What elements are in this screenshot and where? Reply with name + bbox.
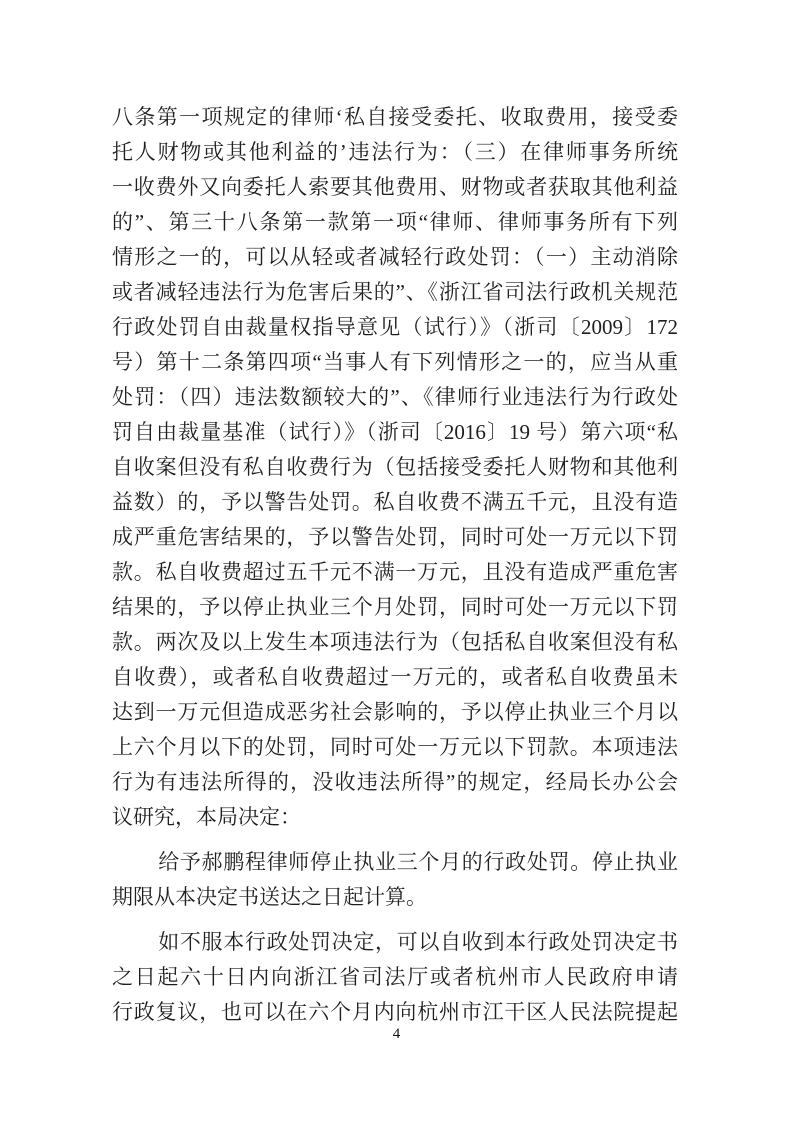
- document-body: 八条第一项规定的律师‘私自接受委托、收取费用，接受委托人财物或其他利益的’违法行…: [112, 100, 678, 1030]
- text-line: 号）第十二条第四项“当事人有下列情形之一的，应当从重: [112, 345, 678, 380]
- text-line: 或者减轻违法行为危害后果的”、《浙江省司法行政机关规范: [112, 275, 678, 310]
- text-line: 处罚：（四）违法数额较大的”、《律师行业违法行为行政处: [112, 380, 678, 415]
- text-line: 款。两次及以上发生本项违法行为（包括私自收案但没有私: [112, 625, 678, 660]
- text-line: 如不服本行政处罚决定，可以自收到本行政处罚决定书: [112, 925, 678, 960]
- text-line: 结果的，予以停止执业三个月处罚，同时可处一万元以下罚: [112, 590, 678, 625]
- text-line: 议研究，本局决定：: [112, 800, 678, 835]
- paragraph-appeal-rights: 如不服本行政处罚决定，可以自收到本行政处罚决定书之日起六十日内向浙江省司法厅或者…: [112, 925, 678, 1030]
- text-line: 托人财物或其他利益的’违法行为：（三）在律师事务所统: [112, 135, 678, 170]
- text-line: 的”、第三十八条第一款第一项“律师、律师事务所有下列: [112, 205, 678, 240]
- paragraph-legal-basis-continuation: 八条第一项规定的律师‘私自接受委托、收取费用，接受委托人财物或其他利益的’违法行…: [112, 100, 678, 835]
- text-line: 罚自由裁量基准（试行）》（浙司〔2016〕19 号）第六项“私: [112, 415, 678, 450]
- text-line: 八条第一项规定的律师‘私自接受委托、收取费用，接受委: [112, 100, 678, 135]
- text-line: 上六个月以下的处罚，同时可处一万元以下罚款。本项违法: [112, 730, 678, 765]
- text-line: 行政处罚自由裁量权指导意见（试行）》（浙司〔2009〕172: [112, 310, 678, 345]
- text-line: 行为有违法所得的，没收违法所得”的规定，经局长办公会: [112, 765, 678, 800]
- document-page: 八条第一项规定的律师‘私自接受委托、收取费用，接受委托人财物或其他利益的’违法行…: [0, 0, 793, 1122]
- text-line: 自收案但没有私自收费行为（包括接受委托人财物和其他利: [112, 450, 678, 485]
- text-line: 期限从本决定书送达之日起计算。: [112, 880, 678, 915]
- text-line: 情形之一的，可以从轻或者减轻行政处罚：（一）主动消除: [112, 240, 678, 275]
- text-line: 达到一万元但造成恶劣社会影响的，予以停止执业三个月以: [112, 695, 678, 730]
- page-number: 4: [0, 1024, 793, 1044]
- text-line: 款。私自收费超过五千元不满一万元，且没有造成严重危害: [112, 555, 678, 590]
- text-line: 自收费），或者私自收费超过一万元的，或者私自收费虽未: [112, 660, 678, 695]
- text-line: 成严重危害结果的，予以警告处罚，同时可处一万元以下罚: [112, 520, 678, 555]
- paragraph-penalty-decision: 给予郝鹏程律师停止执业三个月的行政处罚。停止执业期限从本决定书送达之日起计算。: [112, 845, 678, 915]
- text-line: 益数）的，予以警告处罚。私自收费不满五千元，且没有造: [112, 485, 678, 520]
- text-line: 一收费外又向委托人索要其他费用、财物或者获取其他利益: [112, 170, 678, 205]
- text-line: 给予郝鹏程律师停止执业三个月的行政处罚。停止执业: [112, 845, 678, 880]
- text-line: 之日起六十日内向浙江省司法厅或者杭州市人民政府申请: [112, 960, 678, 995]
